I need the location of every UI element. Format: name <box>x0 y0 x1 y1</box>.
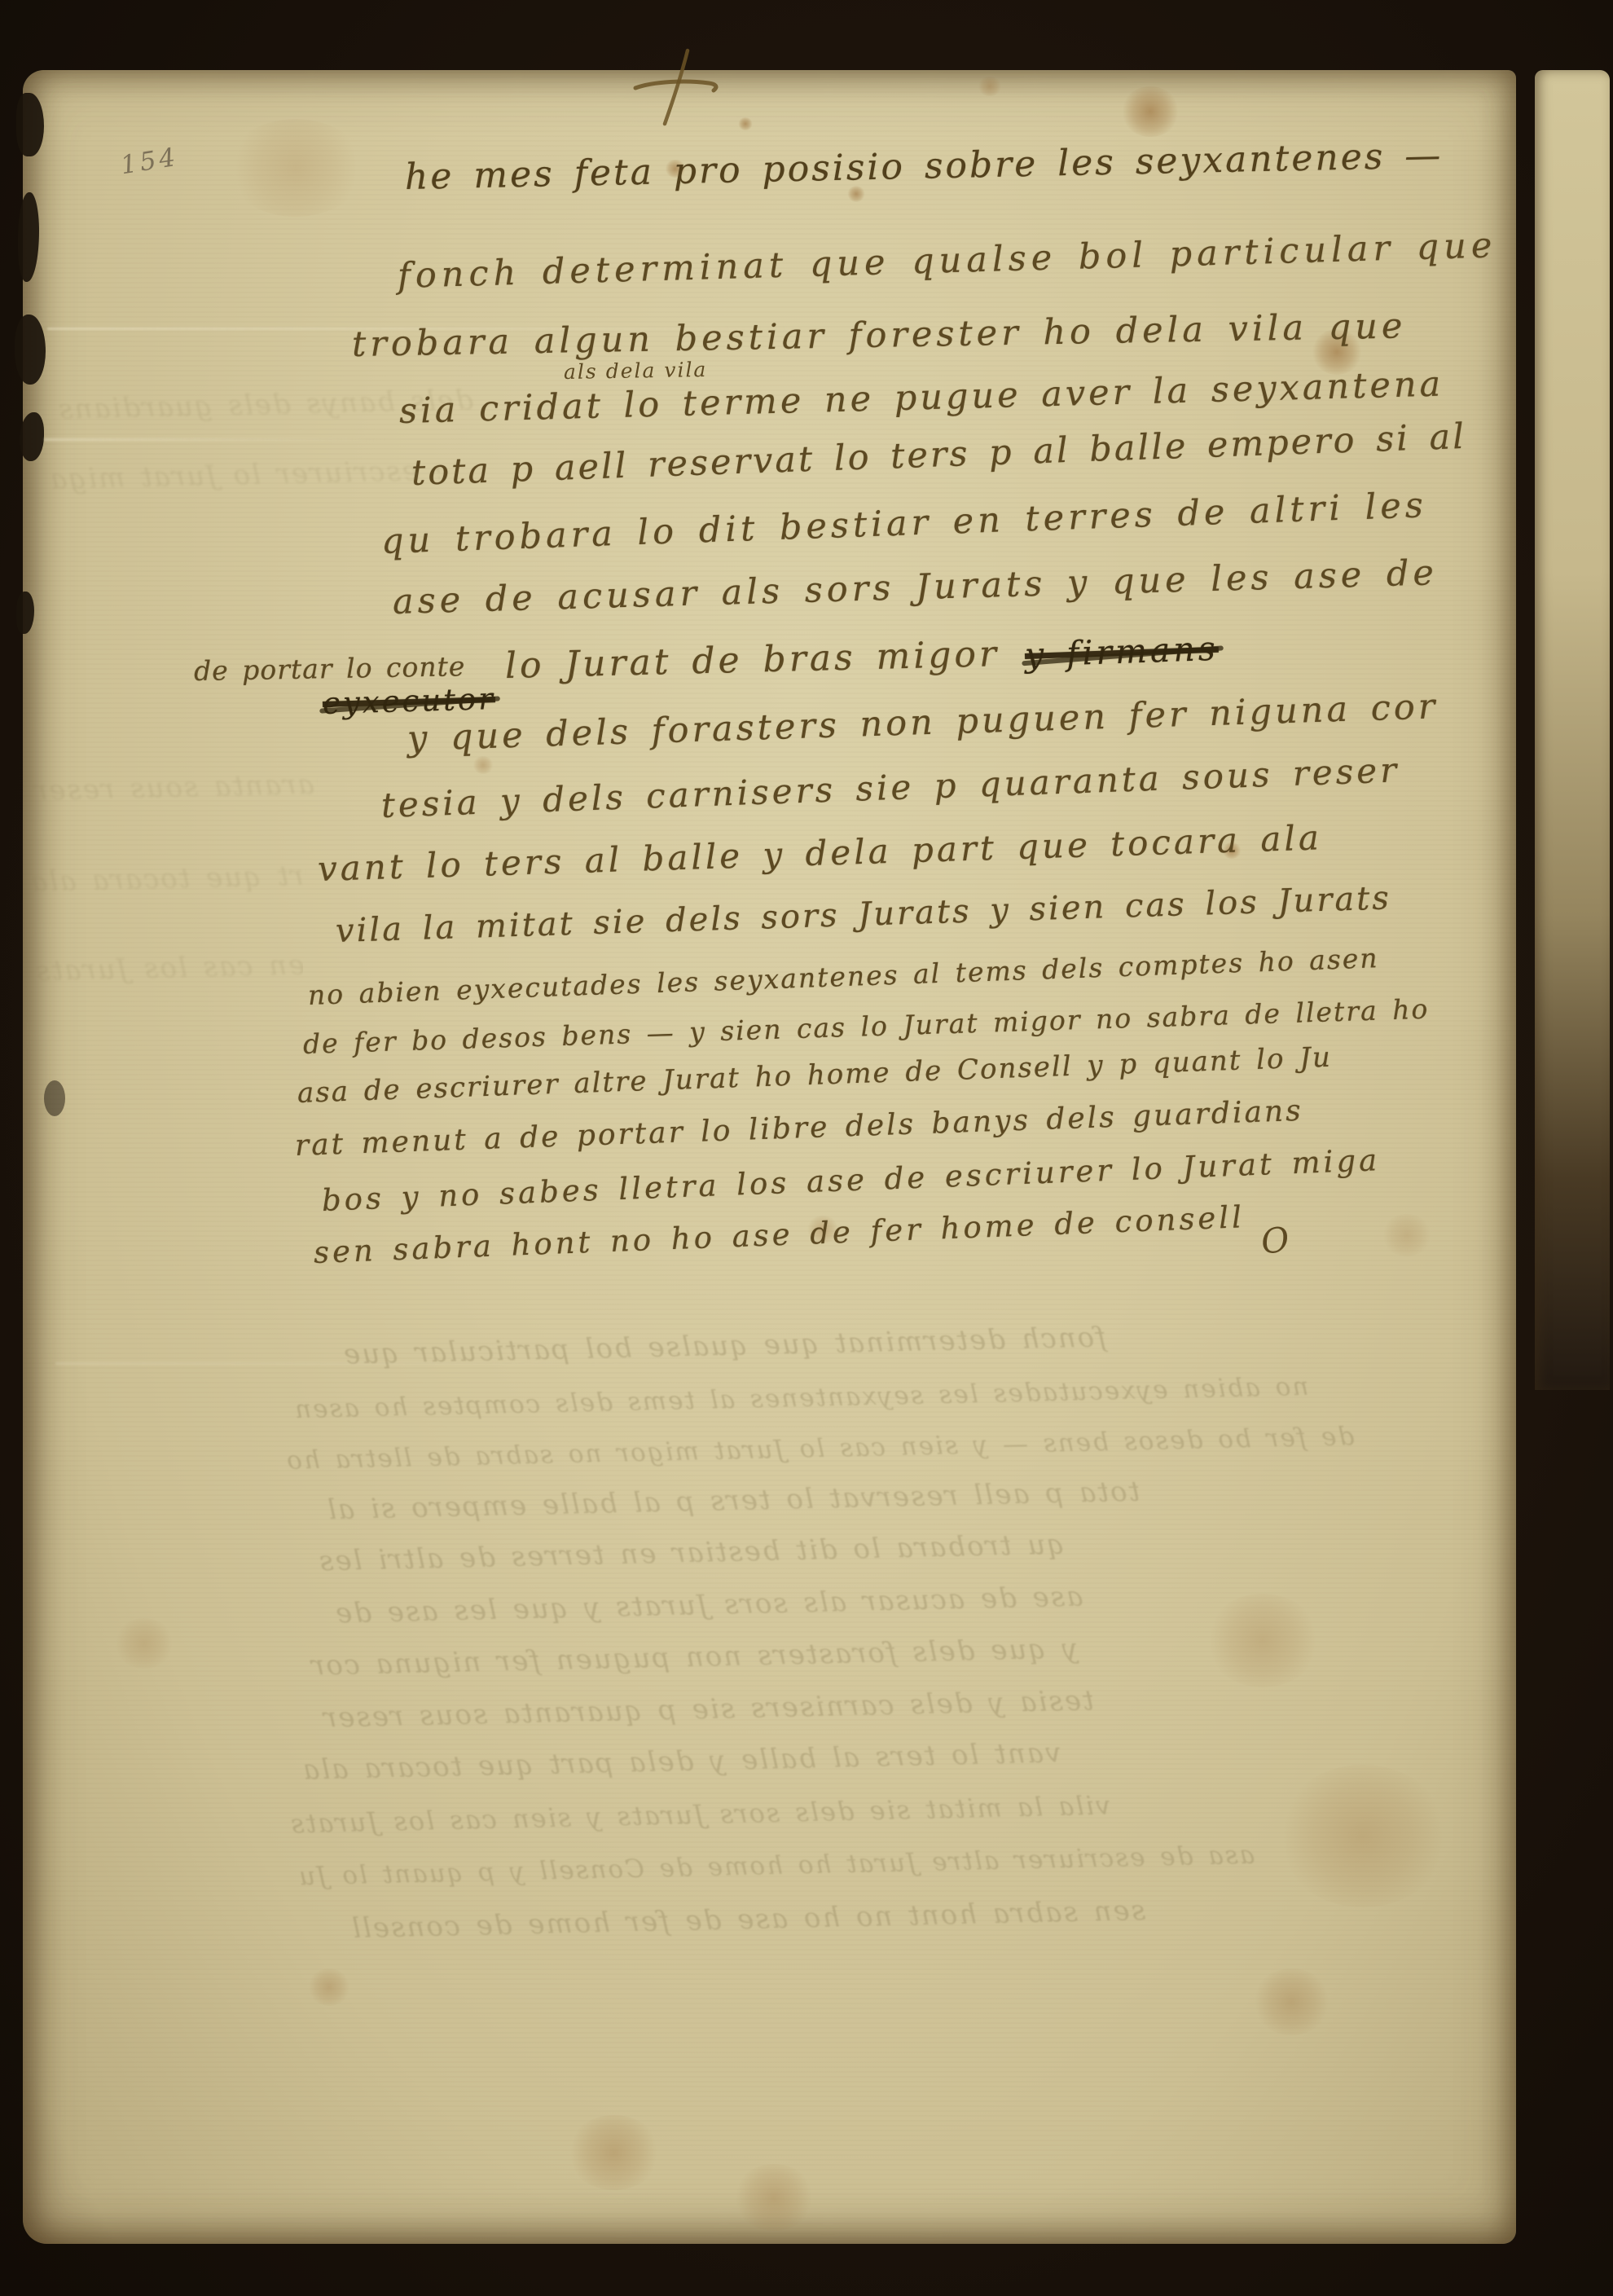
stain <box>1206 1594 1320 1687</box>
stain <box>114 1618 174 1669</box>
manuscript-line-margin-segment: de portar lo conte <box>194 650 466 687</box>
bleedthrough-ghost-line: rat menut a de portar lo libre dels bany… <box>57 383 481 426</box>
stain <box>226 119 365 217</box>
stain <box>567 2115 661 2190</box>
next-page-edge <box>1535 70 1610 1390</box>
torn-edge-fragment <box>44 1080 65 1116</box>
photograph-background: { "page": { "folio_number": "154", "head… <box>0 0 1613 2296</box>
stain <box>1277 1765 1448 1907</box>
strikethrough-text: eyxecutor <box>322 681 495 721</box>
bleedthrough-smudge: vant lo ters al balle y dela part que to… <box>29 857 306 899</box>
bleedthrough-smudge: bos y no sabes lletra los ase de escriur… <box>49 453 440 499</box>
stain <box>1253 1968 1330 2035</box>
cross-mark <box>629 46 727 130</box>
torn-edge-fragment <box>15 314 46 385</box>
stain <box>1382 1214 1432 1256</box>
stain <box>472 756 494 774</box>
bleedthrough-smudge: vila la mitat sie dels sors Jurats y sie… <box>34 945 303 987</box>
bleedthrough-smudge: rat menut a de portar lo libre dels bany… <box>57 383 481 429</box>
paper-crease <box>44 438 386 441</box>
strikethrough-text: y firmans <box>1024 629 1219 675</box>
end-flourish: O <box>1259 1219 1291 1261</box>
stain <box>738 117 753 130</box>
bleedthrough-ghost-line: vant lo ters al balle y dela part que to… <box>29 857 306 899</box>
stain <box>308 1968 350 2006</box>
bleedthrough-ghost-line: tesia y dels carnisers sie p quaranta so… <box>33 766 318 807</box>
torn-edge-fragment <box>16 592 34 634</box>
stain <box>978 77 1002 96</box>
bleedthrough-ghost-line: vila la mitat sie dels sors Jurats y sie… <box>34 945 303 987</box>
bleedthrough-ghost-line: bos y no sabes lletra los ase de escriur… <box>49 453 440 496</box>
interlinear-insertion: als dela vila <box>564 358 708 384</box>
stain <box>1121 86 1180 137</box>
stain <box>733 2164 815 2231</box>
bleedthrough-smudge: tesia y dels carnisers sie p quaranta so… <box>33 766 318 808</box>
torn-edge-fragment <box>20 412 44 461</box>
torn-edge-fragment <box>16 93 44 156</box>
torn-edge-fragment <box>18 192 39 282</box>
